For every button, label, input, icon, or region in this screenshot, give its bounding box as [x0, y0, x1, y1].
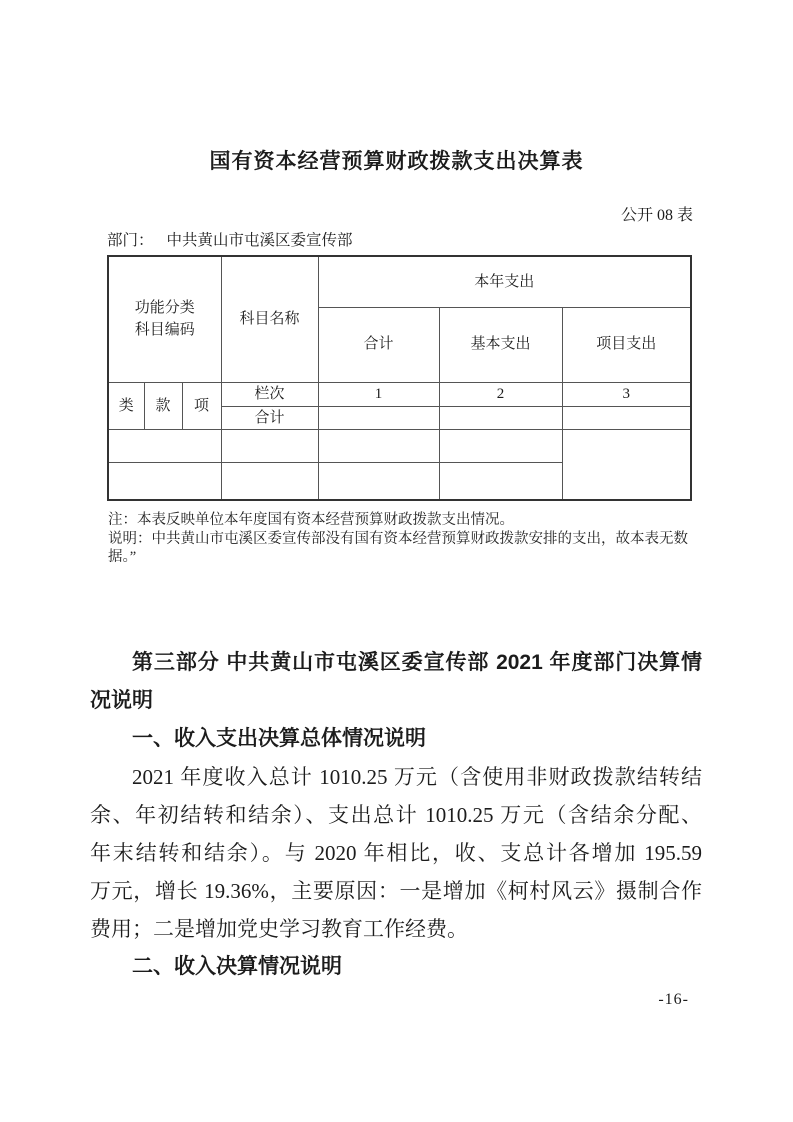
department-label: 部门： [107, 232, 154, 249]
department-name: 中共黄山市屯溪区委宣传部 [167, 232, 353, 249]
func-code-line1: 功能分类 [109, 297, 221, 320]
department-line: 部门：中共黄山市屯溪区委宣传部 [107, 228, 353, 250]
empty-cell [439, 406, 562, 430]
empty-data-row [108, 463, 691, 500]
text-line: 2021 年度收入总计 1010.25 万元（含使用非财政拨款结转结 [90, 758, 702, 796]
empty-cell [562, 406, 691, 430]
table-header-row-1: 功能分类 科目编码 科目名称 本年支出 [108, 256, 691, 307]
document-page: 国有资本经营预算财政拨款支出决算表 公开 08 表 部门：中共黄山市屯溪区委宣传… [0, 0, 793, 1122]
empty-data-row [108, 430, 691, 463]
body-text-block: 第三部分 中共黄山市屯溪区委宣传部 2021 年度部门决算情况说明 一、收入支出… [90, 644, 702, 986]
text-line: 据。” [108, 548, 692, 567]
basic-expenditure-col-header-cell: 基本支出 [439, 307, 562, 382]
document-title: 国有资本经营预算财政拨款支出决算表 [0, 145, 793, 175]
text-line: 况说明 [90, 682, 702, 720]
subheading-overview: 一、收入支出决算总体情况说明 [90, 720, 702, 758]
total-col-header-cell: 合计 [318, 307, 439, 382]
text-line: 万元，增长 19.36%，主要原因：一是增加《柯村风云》摄制合作 [90, 872, 702, 910]
page-number: -16- [658, 991, 689, 1009]
explanation-text: 说明：中共黄山市屯溪区委宣传部没有国有资本经营预算财政拨款安排的支出，故本表无数… [108, 530, 692, 567]
current-year-expenditure-header-cell: 本年支出 [318, 256, 691, 307]
table-notes: 注：本表反映单位本年度国有资本经营预算财政拨款支出情况。 说明：中共黄山市屯溪区… [108, 511, 692, 567]
empty-cell [221, 430, 318, 463]
empty-cell [108, 430, 221, 463]
column-index-label-cell: 栏次 [221, 382, 318, 406]
overview-paragraph: 2021 年度收入总计 1010.25 万元（含使用非财政拨款结转结余、年初结转… [90, 758, 702, 948]
empty-cell [318, 430, 439, 463]
note-line: 注：本表反映单位本年度国有资本经营预算财政拨款支出情况。 [108, 511, 692, 530]
column-index-2-cell: 2 [439, 382, 562, 406]
item-col-cell: 项 [182, 382, 221, 430]
empty-cell [108, 463, 221, 500]
empty-cell [318, 463, 439, 500]
form-number-label: 公开 08 表 [621, 202, 693, 225]
text-line: 说明：中共黄山市屯溪区委宣传部没有国有资本经营预算财政拨款安排的支出，故本表无数 [108, 530, 692, 549]
column-index-1-cell: 1 [318, 382, 439, 406]
budget-expenditure-table: 功能分类 科目编码 科目名称 本年支出 合计 基本支出 项目支出 类 款 项 栏… [107, 255, 692, 501]
subject-name-header-cell: 科目名称 [221, 256, 318, 382]
empty-cell [318, 406, 439, 430]
column-index-3-cell: 3 [562, 382, 691, 406]
section-col-cell: 款 [144, 382, 182, 430]
class-col-cell: 类 [108, 382, 144, 430]
empty-cell [439, 463, 562, 500]
func-code-header-cell: 功能分类 科目编码 [108, 256, 221, 382]
text-line: 年末结转和结余）。与 2020 年相比，收、支总计各增加 195.59 [90, 834, 702, 872]
text-line: 余、年初结转和结余）、支出总计 1010.25 万元（含结余分配、 [90, 796, 702, 834]
total-row-label-cell: 合计 [221, 406, 318, 430]
text-line: 费用；二是增加党史学习教育工作经费。 [90, 910, 702, 948]
project-expenditure-col-header-cell: 项目支出 [562, 307, 691, 382]
section-heading: 第三部分 中共黄山市屯溪区委宣传部 2021 年度部门决算情况说明 [90, 644, 702, 720]
empty-cell [439, 430, 562, 463]
empty-cell [221, 463, 318, 500]
subheading-income-details: 二、收入决算情况说明 [90, 948, 702, 986]
func-code-line2: 科目编码 [109, 319, 221, 342]
column-index-row: 类 款 项 栏次 1 2 3 [108, 382, 691, 406]
text-line: 第三部分 中共黄山市屯溪区委宣传部 2021 年度部门决算情 [90, 644, 702, 682]
